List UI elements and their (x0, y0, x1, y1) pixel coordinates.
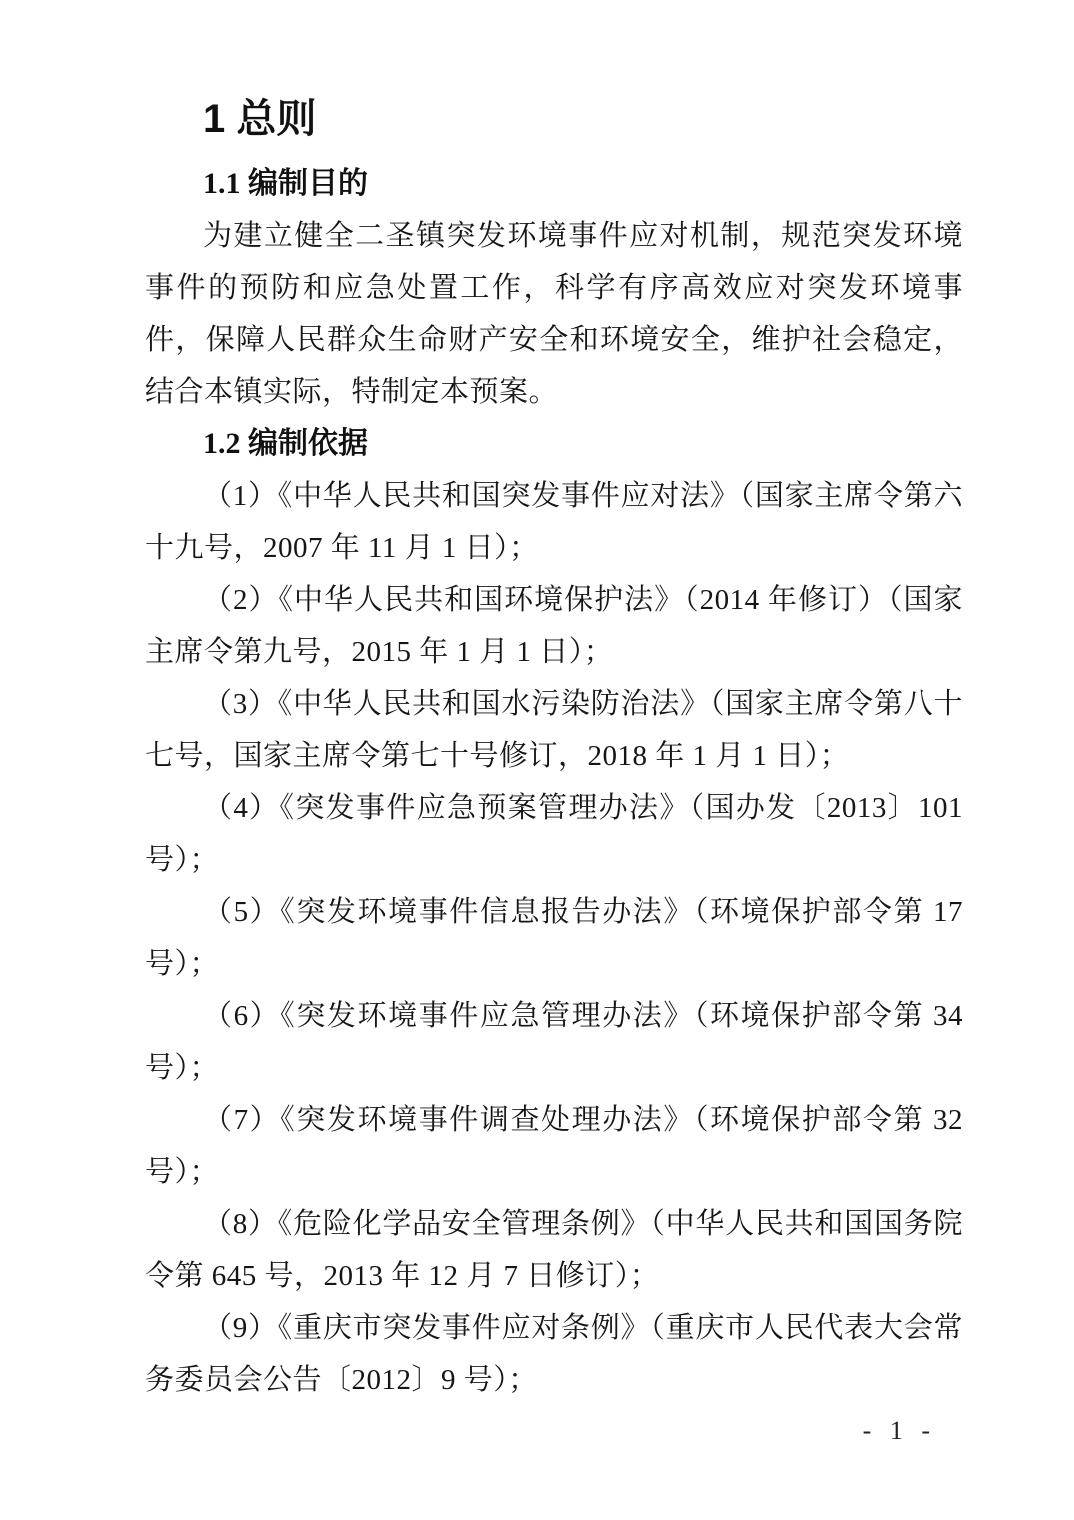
legal-basis-item-5: （5）《突发环境事件信息报告办法》（环境保护部令第 17 号）； (145, 886, 963, 990)
paragraph-purpose: 为建立健全二圣镇突发环境事件应对机制，规范突发环境事件的预防和应急处置工作，科学… (145, 210, 963, 418)
legal-basis-item-6: （6）《突发环境事件应急管理办法》（环境保护部令第 34 号）； (145, 990, 963, 1094)
legal-basis-item-3: （3）《中华人民共和国水污染防治法》（国家主席令第八十七号，国家主席令第七十号修… (145, 678, 963, 782)
chapter-title: 1 总则 (145, 94, 963, 144)
legal-basis-item-1: （1）《中华人民共和国突发事件应对法》（国家主席令第六十九号，2007 年 11… (145, 470, 963, 574)
legal-basis-item-4: （4）《突发事件应急预案管理办法》（国办发〔2013〕101 号）； (145, 782, 963, 886)
legal-basis-item-8: （8）《危险化学品安全管理条例》（中华人民共和国国务院令第 645 号，2013… (145, 1198, 963, 1302)
section-heading-1-2: 1.2 编制依据 (145, 418, 963, 470)
document-content: 1 总则 1.1 编制目的 为建立健全二圣镇突发环境事件应对机制，规范突发环境事… (145, 94, 963, 1406)
document-page: 1 总则 1.1 编制目的 为建立健全二圣镇突发环境事件应对机制，规范突发环境事… (0, 0, 1074, 1520)
page-number: - 1 - (863, 1416, 936, 1446)
section-heading-1-1: 1.1 编制目的 (145, 158, 963, 210)
legal-basis-item-9: （9）《重庆市突发事件应对条例》（重庆市人民代表大会常务委员会公告〔2012〕9… (145, 1302, 963, 1406)
legal-basis-item-2: （2）《中华人民共和国环境保护法》（2014 年修订）（国家主席令第九号，201… (145, 574, 963, 678)
legal-basis-item-7: （7）《突发环境事件调查处理办法》（环境保护部令第 32 号）； (145, 1094, 963, 1198)
